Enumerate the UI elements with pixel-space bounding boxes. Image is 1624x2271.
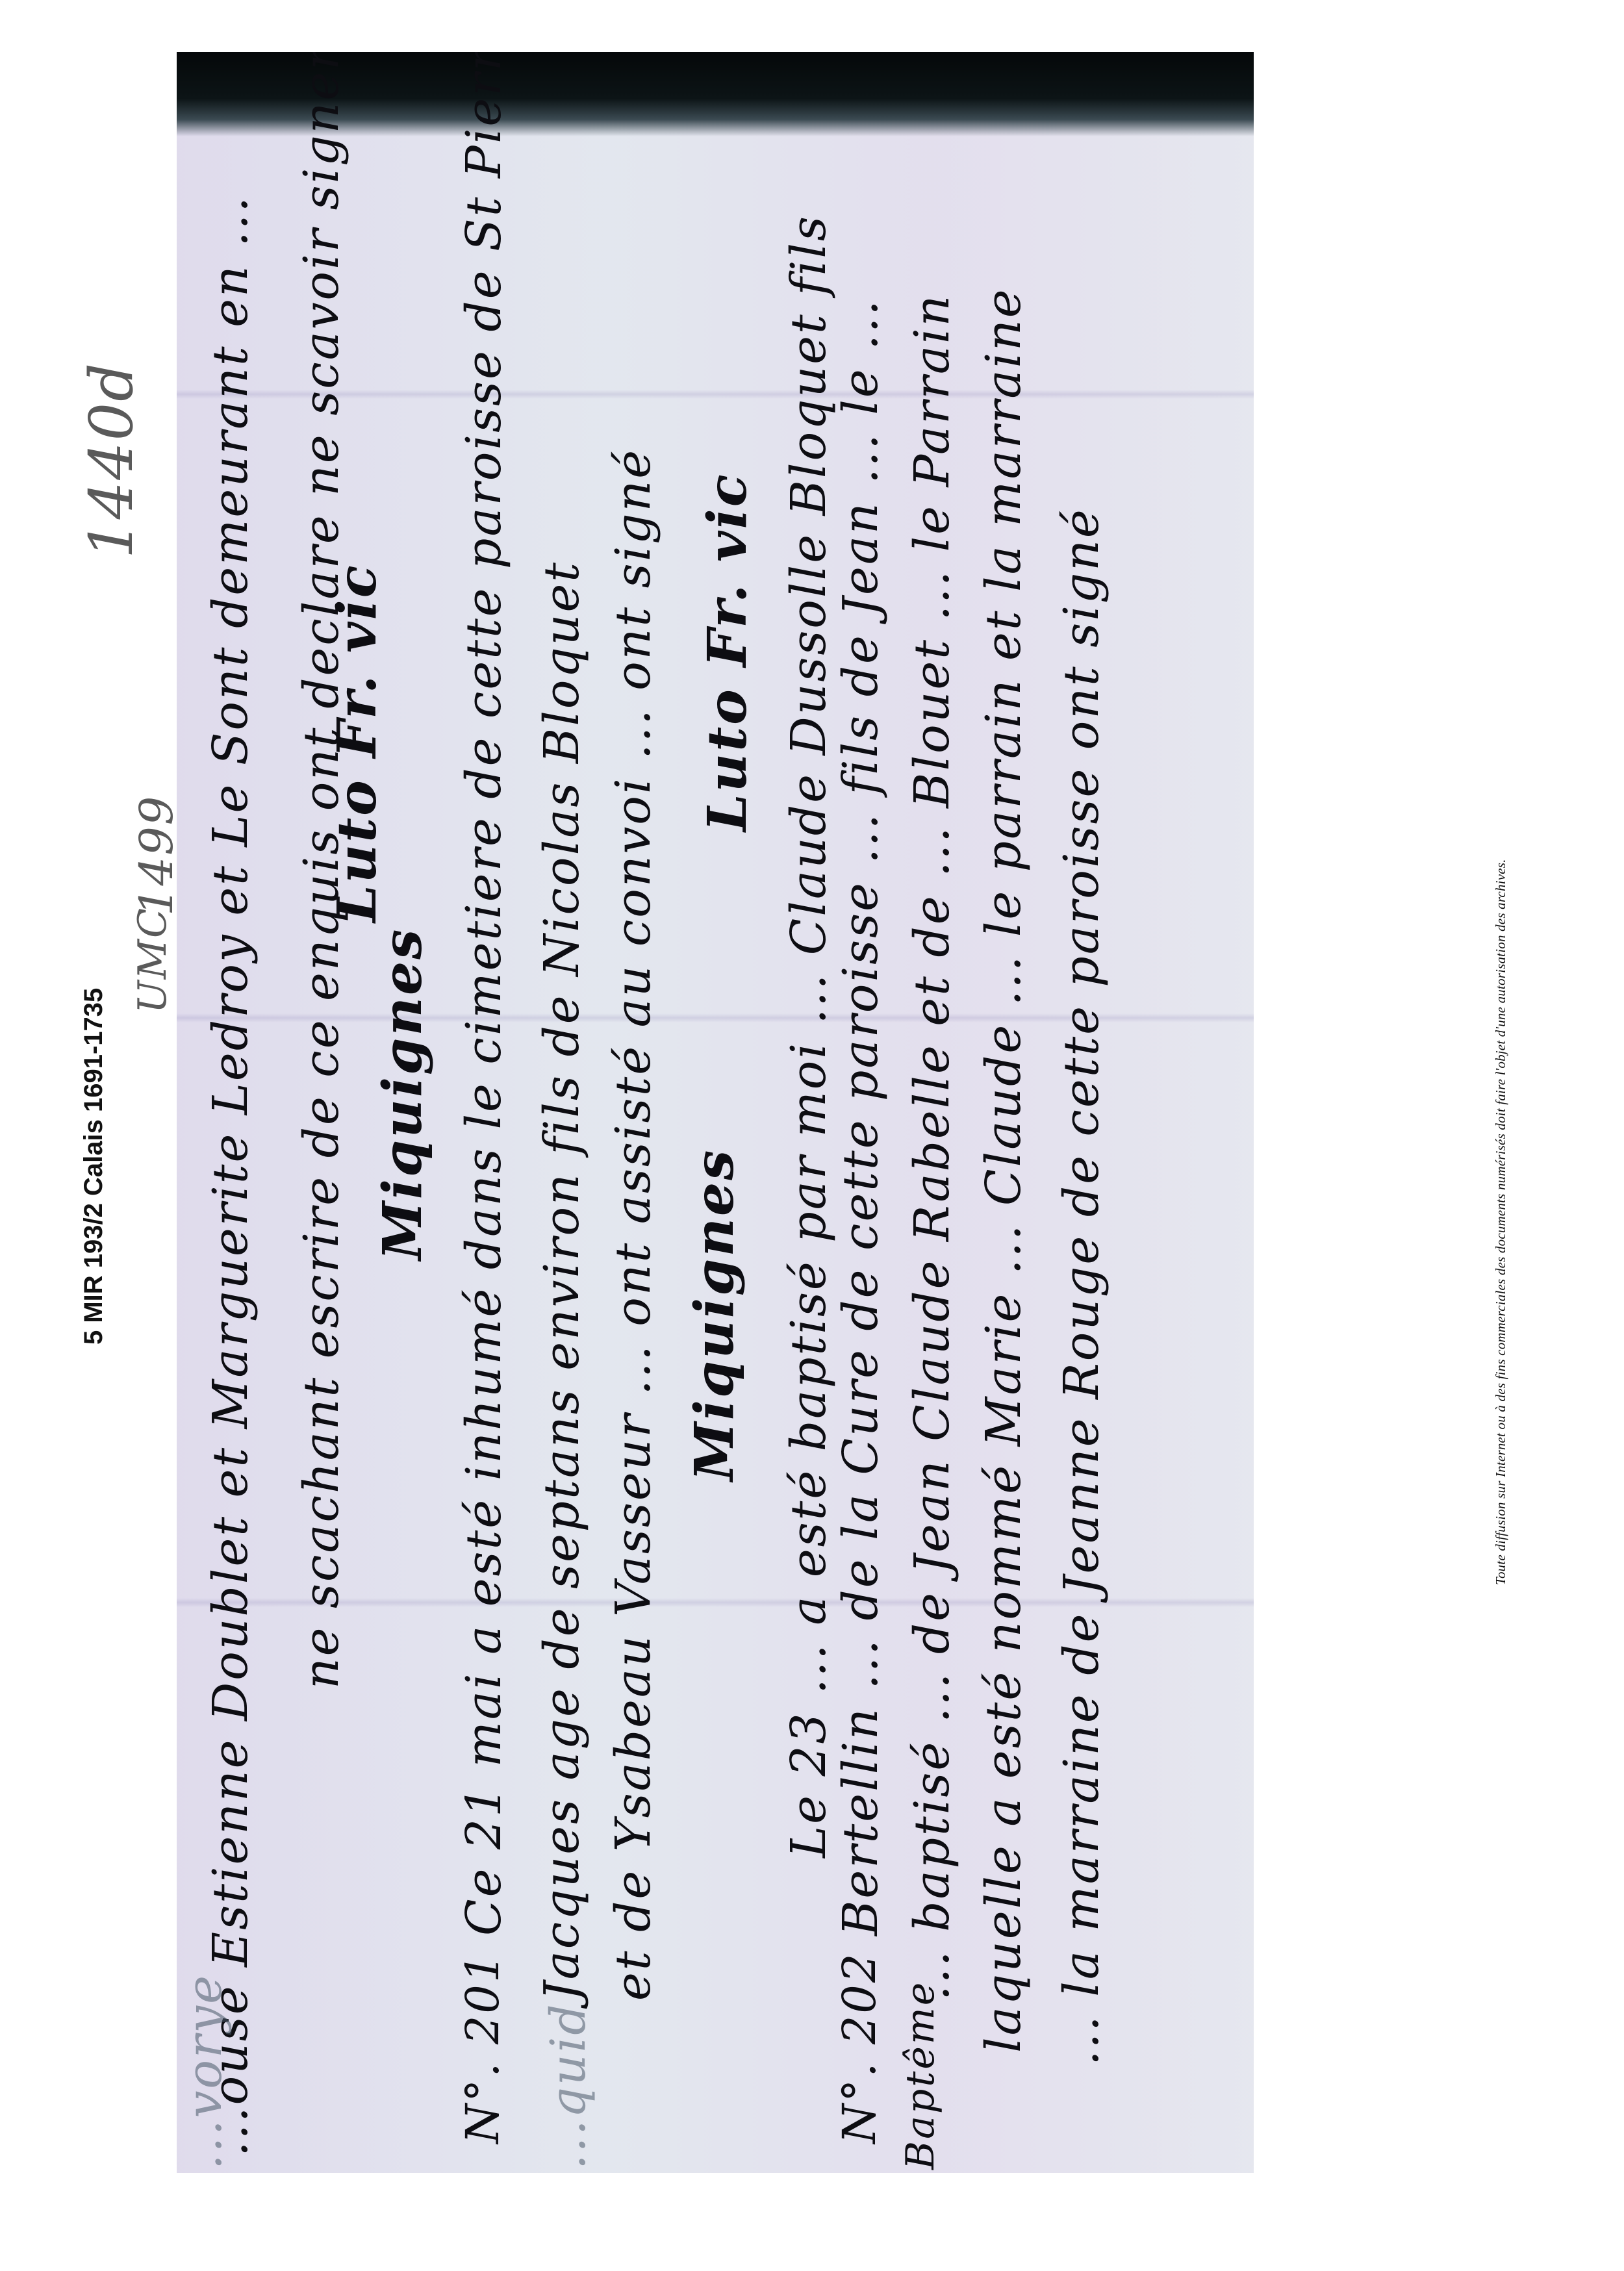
manuscript-line: laquelle a esté nommé Marie ... Claude .… (976, 287, 1032, 2053)
archive-reference-label: 5 MIR 193/2 Calais 1691-1735 (79, 988, 108, 1345)
entry-number: N°. 202 (833, 1952, 886, 2144)
pencil-umc-number: 1499 (130, 795, 183, 916)
manuscript-line: Le 23 ... a esté baptisé par moi ... Cla… (781, 214, 837, 1858)
manuscript-line: Jacques age de septans environ fils de N… (534, 561, 590, 2001)
signature-vicar: Luto Fr. vic (696, 472, 759, 831)
signature: Miquignes (683, 1148, 746, 1481)
pencil-umc-label: UMC (130, 907, 175, 1013)
signature-vicar: Luto Fr. vic (326, 563, 388, 922)
pencil-folio-annotation: 1440d (77, 362, 146, 559)
manuscript-line: ... la marraine de Jeanne Rouge de cette… (1054, 507, 1110, 2066)
signature: Miquignes (372, 928, 434, 1260)
entry-number: N°. 201 (456, 1952, 509, 2144)
margin-note: ...vorye (177, 1973, 233, 2170)
manuscript-line: et de Ysabeau Vasseur ... ont assisté au… (605, 448, 661, 2001)
usage-rights-notice: Toute diffusion sur Internet ou à des fi… (1493, 859, 1509, 1585)
margin-note-bapteme: Baptême (898, 1981, 943, 2170)
manuscript-line: ... baptisé ... de Jean Claude Rabelle e… (904, 294, 960, 2001)
manuscript-line: ...ouse Estienne Doublet et Marguerite L… (203, 195, 259, 2157)
manuscript-line: Bertellin ... de la Cure de cette parois… (833, 298, 889, 1936)
manuscript-scan: ...ouse Estienne Doublet et Marguerite L… (177, 52, 1254, 2173)
manuscript-line: Ce 21 mai a esté inhumé dans le cimetier… (456, 52, 512, 1936)
margin-note: ...quid (540, 2002, 596, 2170)
